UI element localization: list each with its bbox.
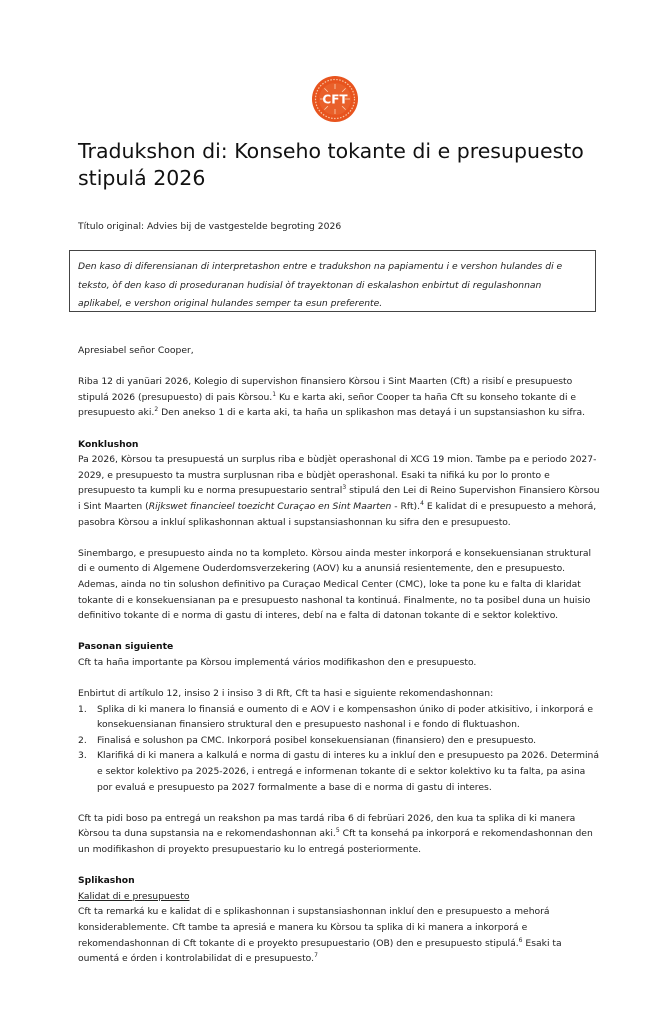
svg-text:CFT: CFT [322,93,348,107]
salutation: Apresiabel señor Cooper, [78,343,600,359]
list-item: 3.Klarifiká di ki manera a kalkulá e nor… [78,748,600,795]
pasonan-paragraph-1: Cft ta haña importante pa Kòrsou impleme… [78,655,600,671]
konklushon-paragraph-1: Pa 2026, Kòrsou ta presupuestá un surplu… [78,452,600,530]
splikashon-paragraph-1: Cft ta remarká ku e kalidat di e splikas… [78,904,600,966]
heading-splikashon: Splikashon [78,873,600,889]
letter-body: Apresiabel señor Cooper, Riba 12 di yanü… [78,343,600,982]
konklushon-paragraph-2: Sinembargo, e presupuesto ainda no ta ko… [78,546,600,624]
list-item: 2.Finalisá e solushon pa CMC. Inkorporá … [78,733,600,749]
footnote-ref[interactable]: 7 [314,952,318,959]
heading-konklushon: Konklushon [78,437,600,453]
recommendations-list: 1.Splika di ki manera lo finansiá e oume… [78,702,600,796]
intro-paragraph: Riba 12 di yanüari 2026, Kolegio di supe… [78,374,600,421]
disclaimer-box: Den kaso di diferensianan di interpretas… [69,250,596,312]
subheading-kalidat: Kalidat di e presupuesto [78,889,600,905]
pasonan-paragraph-3: Cft ta pidi boso pa entregá un reakshon … [78,811,600,858]
page-title: Tradukshon di: Konseho tokante di e pres… [78,138,598,192]
cft-logo-icon: CFT [311,75,359,123]
pasonan-paragraph-2: Enbirtut di artíkulo 12, insiso 2 i insi… [78,686,600,702]
document-page: CFT Tradukshon di: Konseho tokante di e … [0,0,670,1024]
list-item: 1.Splika di ki manera lo finansiá e oume… [78,702,600,733]
original-title: Título original: Advies bij de vastgeste… [78,221,341,232]
heading-pasonan-siguiente: Pasonan siguiente [78,639,600,655]
